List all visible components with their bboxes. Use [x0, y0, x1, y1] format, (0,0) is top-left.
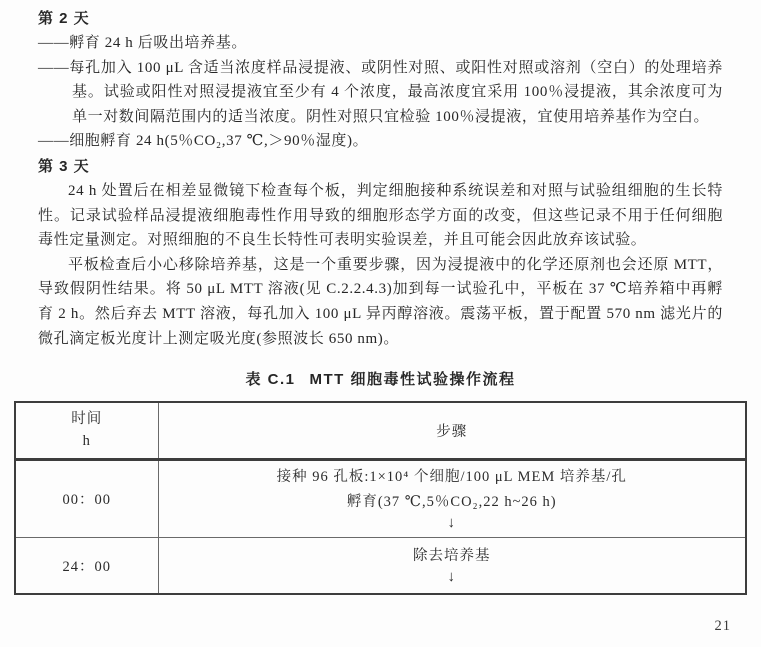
steps-cell: 接种 96 孔板:1×10⁴ 个细胞/100 μL MEM 培养基/孔 孵育(3…: [158, 459, 746, 537]
day2-list-item-3: ——细胞孵育 24 h(5％CO₂,37 ℃,＞90％湿度)。: [38, 129, 723, 154]
column-header-steps: 步骤: [158, 402, 746, 459]
column-header-time: 时间 h: [15, 402, 158, 459]
steps-cell: 除去培养基 ↓: [158, 537, 746, 594]
time-header-unit: h: [16, 430, 158, 452]
table-row: 24：00 除去培养基 ↓: [15, 537, 746, 594]
table-caption: 表 C.1MTT 细胞毒性试验操作流程: [38, 368, 723, 392]
time-cell: 24：00: [15, 537, 158, 594]
step-text: 孵育(37 ℃,5％CO₂,22 h~26 h): [159, 490, 746, 515]
day2-list-item-1: ——孵育 24 h 后吸出培养基。: [38, 31, 723, 56]
day3-paragraph-2: 平板检查后小心移除培养基，这是一个重要步骤，因为浸提液中的化学还原剂也会还原 M…: [38, 253, 723, 351]
page-number: 21: [715, 618, 732, 635]
step-text: 除去培养基: [159, 544, 746, 569]
day2-heading: 第 2 天: [38, 6, 723, 31]
day2-list-item-2: ——每孔加入 100 μL 含适当浓度样品浸提液、或阴性对照、或阳性对照或溶剂（…: [38, 56, 723, 130]
day3-heading: 第 3 天: [38, 154, 723, 179]
table-caption-title: MTT 细胞毒性试验操作流程: [310, 371, 516, 388]
table-row: 00：00 接种 96 孔板:1×10⁴ 个细胞/100 μL MEM 培养基/…: [15, 459, 746, 537]
time-header-label: 时间: [16, 408, 158, 430]
time-cell: 00：00: [15, 459, 158, 537]
table-header-row: 时间 h 步骤: [15, 402, 746, 459]
procedure-table: 时间 h 步骤 00：00 接种 96 孔板:1×10⁴ 个细胞/100 μL …: [14, 401, 747, 595]
step-text: 接种 96 孔板:1×10⁴ 个细胞/100 μL MEM 培养基/孔: [159, 465, 746, 490]
down-arrow-icon: ↓: [159, 569, 746, 586]
day3-paragraph-1: 24 h 处置后在相差显微镜下检查每个板，判定细胞接种系统误差和对照与试验组细胞…: [38, 179, 723, 253]
table-caption-label: 表 C.1: [245, 371, 295, 388]
down-arrow-icon: ↓: [159, 515, 746, 532]
page-content: 第 2 天 ——孵育 24 h 后吸出培养基。 ——每孔加入 100 μL 含适…: [0, 0, 761, 595]
document-page: 第 2 天 ——孵育 24 h 后吸出培养基。 ——每孔加入 100 μL 含适…: [0, 0, 761, 647]
